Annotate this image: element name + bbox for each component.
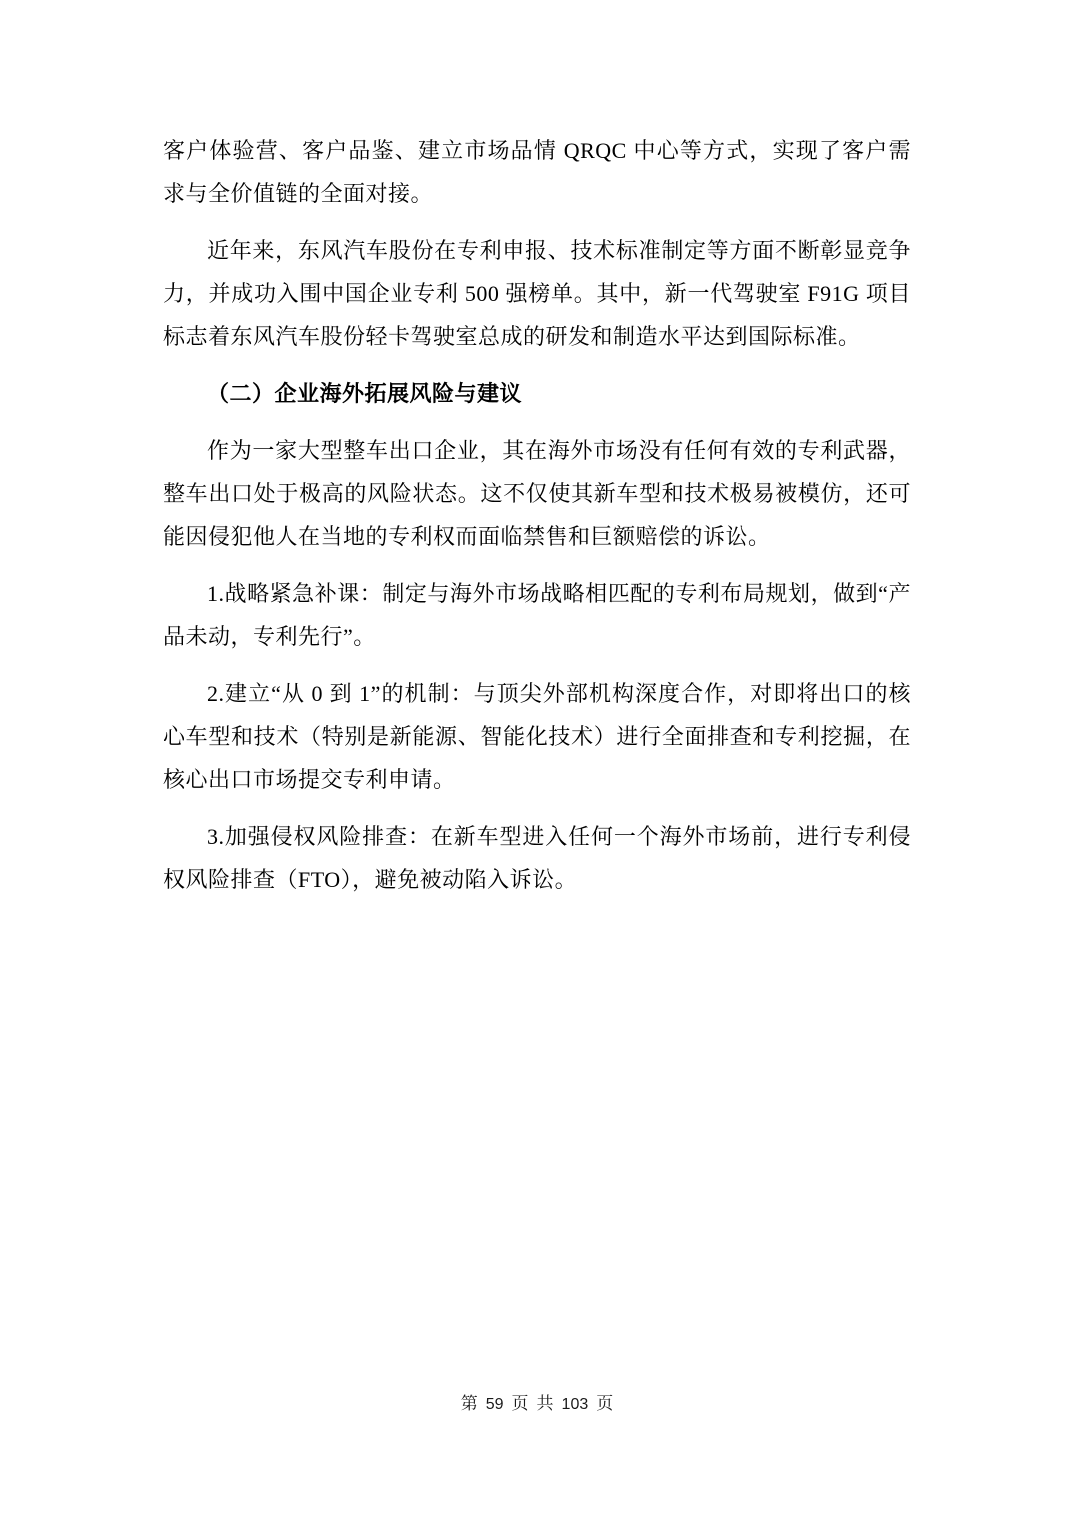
paragraph-advice-1: 1.战略紧急补课：制定与海外市场战略相匹配的专利布局规划，做到“产品未动，专利先… (163, 572, 911, 658)
paragraph-advice-2: 2.建立“从 0 到 1”的机制：与顶尖外部机构深度合作，对即将出口的核心车型和… (163, 672, 911, 801)
footer-label-middle-2: 共 (537, 1392, 554, 1416)
paragraph-risk-description: 作为一家大型整车出口企业，其在海外市场没有任何有效的专利武器，整车出口处于极高的… (163, 429, 911, 558)
paragraph-patent-competitiveness: 近年来，东风汽车股份在专利申报、技术标准制定等方面不断彰显竞争力，并成功入围中国… (163, 229, 911, 358)
footer-label-prefix: 第 (461, 1392, 478, 1416)
section-heading-overseas-risk: （二）企业海外拓展风险与建议 (163, 372, 911, 415)
footer-page-number: 59 (486, 1393, 504, 1417)
footer-label-suffix: 页 (596, 1392, 613, 1416)
document-page: 客户体验营、客户品鉴、建立市场品情 QRQC 中心等方式，实现了客户需求与全价值… (0, 0, 1074, 1520)
paragraph-continuation: 客户体验营、客户品鉴、建立市场品情 QRQC 中心等方式，实现了客户需求与全价值… (163, 129, 911, 215)
footer-total-pages: 103 (562, 1393, 589, 1417)
footer-label-middle-1: 页 (512, 1392, 529, 1416)
page-footer: 第 59 页 共 103 页 (0, 1392, 1074, 1417)
document-body: 客户体验营、客户品鉴、建立市场品情 QRQC 中心等方式，实现了客户需求与全价值… (163, 129, 911, 915)
paragraph-advice-3: 3.加强侵权风险排查：在新车型进入任何一个海外市场前，进行专利侵权风险排查（FT… (163, 815, 911, 901)
